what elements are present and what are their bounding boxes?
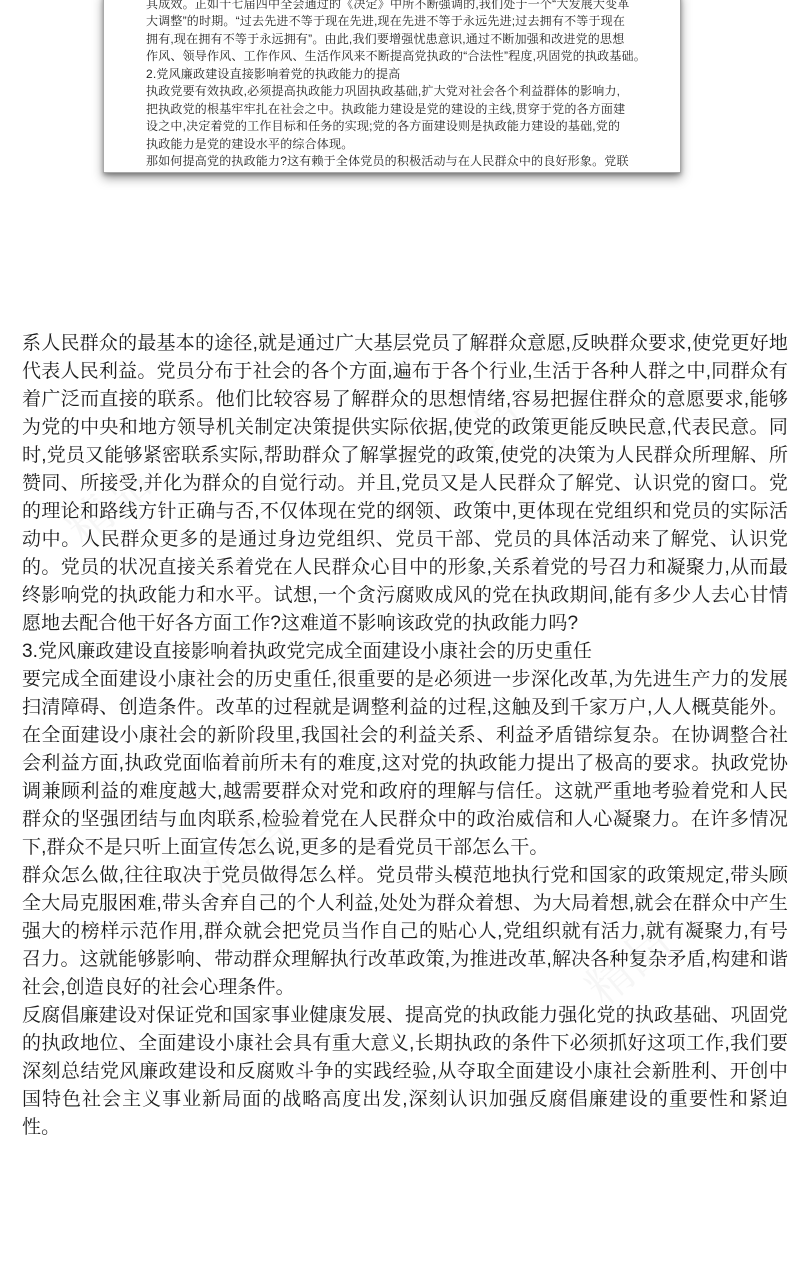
body-paragraph-reform: 要完成全面建设小康社会的历史重任,很重要的是必须进一步深化改革,为先进生产力的发… <box>22 666 788 862</box>
body-paragraph-example: 群众怎么做,往往取决于党员做得怎么样。党员带头模范地执行党和国家的政策规定,带头… <box>22 862 788 1002</box>
document-body-text: 系人民群众的最基本的途径,就是通过广大基层党员了解群众意愿,反映群众要求,使党更… <box>22 330 788 1142</box>
preview-line: 拥有,现在拥有不等于永远拥有”。由此,我们要增强忧患意识,通过不断加强和改进党的… <box>146 31 680 49</box>
preview-line: 执政能力是党的建设水平的综合体现。 <box>146 136 680 154</box>
body-paragraph-conclusion: 反腐倡廉建设对保证党和国家事业健康发展、提高党的执政能力强化党的执政基础、巩固党… <box>22 1002 788 1142</box>
preview-line: 执政党要有效执政,必须提高执政能力巩固执政基础,扩大党对社会各个利益群体的影响力… <box>146 83 680 101</box>
document-preview-page[interactable]: 其成效。正如十七届四中全会通过的《决定》中所不断强调的,我们处于一个“大发展大变… <box>103 0 681 173</box>
preview-line: 把执政党的根基牢牢扎在社会之中。执政能力建设是党的建设的主线,贯穿于党的各方面建 <box>146 101 680 119</box>
body-paragraph-continuation: 系人民群众的最基本的途径,就是通过广大基层党员了解群众意愿,反映群众要求,使党更… <box>22 330 788 638</box>
preview-line: 其成效。正如十七届四中全会通过的《决定》中所不断强调的,我们处于一个“大发展大变… <box>146 0 680 13</box>
preview-line: 设之中,决定着党的工作目标和任务的实现;党的各方面建设则是执政能力建设的基础,党… <box>146 118 680 136</box>
preview-line: 大调整”的时期。“过去先进不等于现在先进,现在先进不等于永远先进;过去拥有不等于… <box>146 13 680 31</box>
preview-line: 作风、领导作风、工作作风、生活作风来不断提高党执政的“合法性”程度,巩固党的执政… <box>146 48 680 66</box>
preview-text-block: 其成效。正如十七届四中全会通过的《决定》中所不断强调的,我们处于一个“大发展大变… <box>104 0 680 171</box>
preview-line: 那如何提高党的执政能力?这有赖于全体党员的积极活动与在人民群众中的良好形象。党联 <box>146 153 680 171</box>
preview-line: 2.党风廉政建设直接影响着党的执政能力的提高 <box>146 66 680 84</box>
section-heading-3: 3.党风廉政建设直接影响着执政党完成全面建设小康社会的历史重任 <box>22 638 788 666</box>
